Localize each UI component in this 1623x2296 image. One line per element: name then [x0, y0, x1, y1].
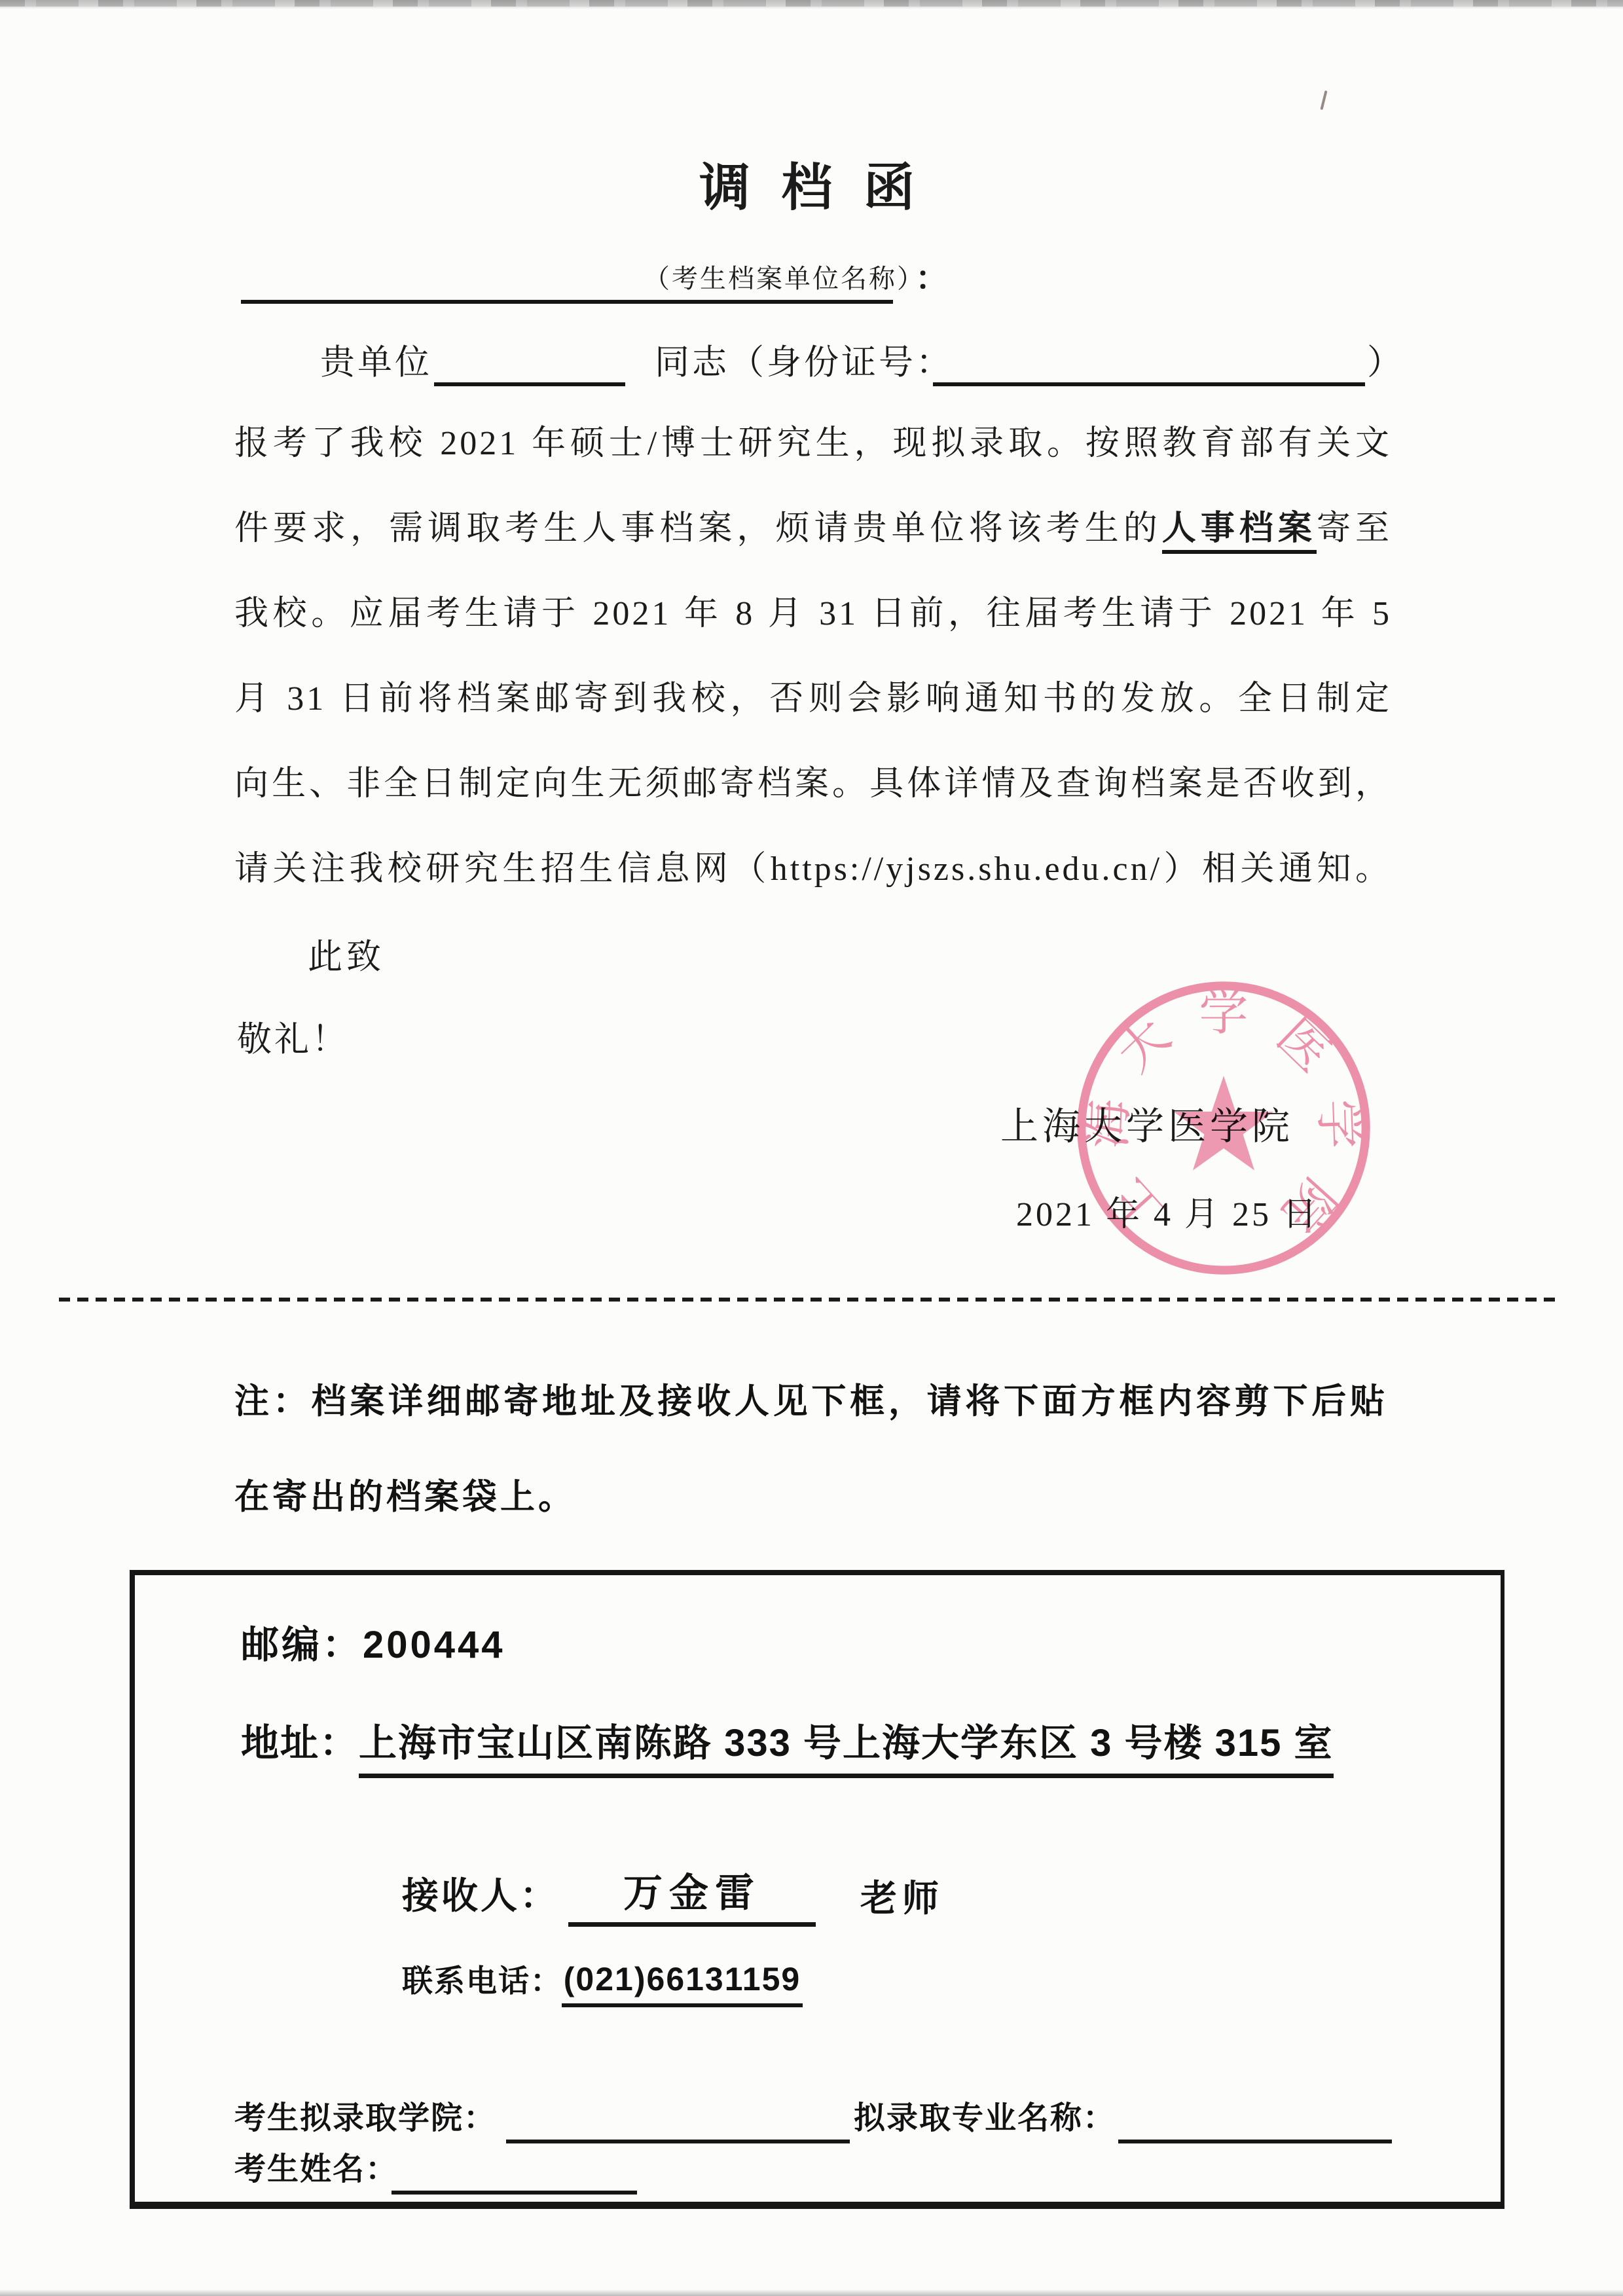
seal-char: 院: [1272, 1168, 1345, 1241]
address-value: 上海市宝山区南陈路 333 号上海大学东区 3 号楼 315 室: [359, 1722, 1334, 1778]
seal-char: 学: [1199, 987, 1248, 1041]
address-label: 地址：: [241, 1722, 359, 1764]
seal-char: 医: [1267, 1009, 1340, 1082]
salutation-prefix: 贵单位: [320, 346, 432, 380]
receiver-title: 老师: [860, 1880, 944, 1917]
phone-label: 联系电话：: [402, 1965, 562, 1996]
seal-char: 大: [1108, 1009, 1181, 1082]
address-row: 地址：上海市宝山区南陈路 333 号上海大学东区 3 号楼 315 室: [241, 1724, 1334, 1762]
note-line-1: 注：档案详细邮寄地址及接收人见下框，请将下面方框内容剪下后贴: [234, 1383, 1388, 1421]
body-paragraph: 报考了我校 2021 年硕士/博士研究生，现拟录取。按照教育部有关文 件要求，需…: [234, 424, 1392, 935]
body-line-3: 我校。应届考生请于 2021 年 8 月 31 日前，往届考生请于 2021 年…: [234, 594, 1392, 680]
candidate-name-blank-line: [392, 2191, 637, 2195]
recipient-colon: ：: [915, 262, 948, 295]
body-line-2-after: 寄至: [1317, 510, 1392, 547]
receiver-name-blank: 万金雷: [568, 1874, 816, 1927]
candidate-name-label: 考生姓名：: [234, 2154, 398, 2185]
postcode-row: 邮编：200444: [241, 1626, 505, 1664]
body-line-5: 向生、非全日制定向生无须邮寄档案。具体详情及查询档案是否收到，: [234, 765, 1392, 850]
personnel-file-emphasis: 人事档案: [1162, 510, 1317, 554]
postcode-label: 邮编：: [241, 1624, 363, 1666]
closing-cizhi: 此致: [308, 940, 385, 975]
scan-artifact-top-mottle: [0, 0, 1623, 7]
cut-here-dashed-divider: [59, 1298, 1562, 1302]
phone-value: (021)66131159: [562, 1963, 803, 2007]
seal-char: 上: [1102, 1168, 1175, 1241]
scan-artifact-bottom-edge: [0, 2289, 1623, 2296]
body-line-6: 请关注我校研究生招生信息网（https://yjszs.shu.edu.cn/）…: [234, 850, 1392, 935]
major-blank-line: [1118, 2140, 1392, 2143]
receiver-label: 接收人：: [402, 1878, 559, 1914]
recipient-unit-label: （考生档案单位名称）: [644, 266, 925, 292]
scanned-transfer-letter-page: 调 档 函 （考生档案单位名称） ： 贵单位 同志（身份证号： ） 报考了我校 …: [0, 0, 1623, 2296]
official-seal: 上 海 大 学 医 学 院: [1070, 974, 1377, 1282]
mailing-label-box: 邮编：200444 地址：上海市宝山区南陈路 333 号上海大学东区 3 号楼 …: [130, 1570, 1504, 2209]
closing-jingli: 敬礼！: [237, 1023, 349, 1057]
seal-star: [1174, 1076, 1273, 1171]
body-line-1: 报考了我校 2021 年硕士/博士研究生，现拟录取。按照教育部有关文: [234, 424, 1392, 509]
id-number-blank-line: [933, 382, 1365, 386]
scan-artifact-slash: [1320, 90, 1327, 110]
college-label: 考生拟录取学院：: [234, 2103, 496, 2134]
salutation-middle: 同志（身份证号：: [655, 346, 953, 380]
note-line-2: 在寄出的档案袋上。: [234, 1478, 576, 1516]
major-label: 拟录取专业名称：: [854, 2103, 1116, 2134]
postcode-value: 200444: [363, 1624, 505, 1666]
unit-name-blank-line: [434, 382, 625, 386]
body-line-2-before: 件要求，需调取考生人事档案，烦请贵单位将该考生的: [234, 510, 1162, 547]
college-blank-line: [506, 2140, 850, 2143]
seal-char: 海: [1081, 1099, 1137, 1150]
seal-char: 学: [1310, 1099, 1366, 1150]
body-line-2: 件要求，需调取考生人事档案，烦请贵单位将该考生的人事档案寄至: [234, 509, 1392, 594]
body-line-4: 月 31 日前将档案邮寄到我校，否则会影响通知书的发放。全日制定: [234, 680, 1392, 765]
page-title: 调 档 函: [0, 162, 1623, 213]
salutation-close-paren: ）: [1367, 346, 1404, 380]
recipient-unit-blank-line: [241, 300, 893, 304]
